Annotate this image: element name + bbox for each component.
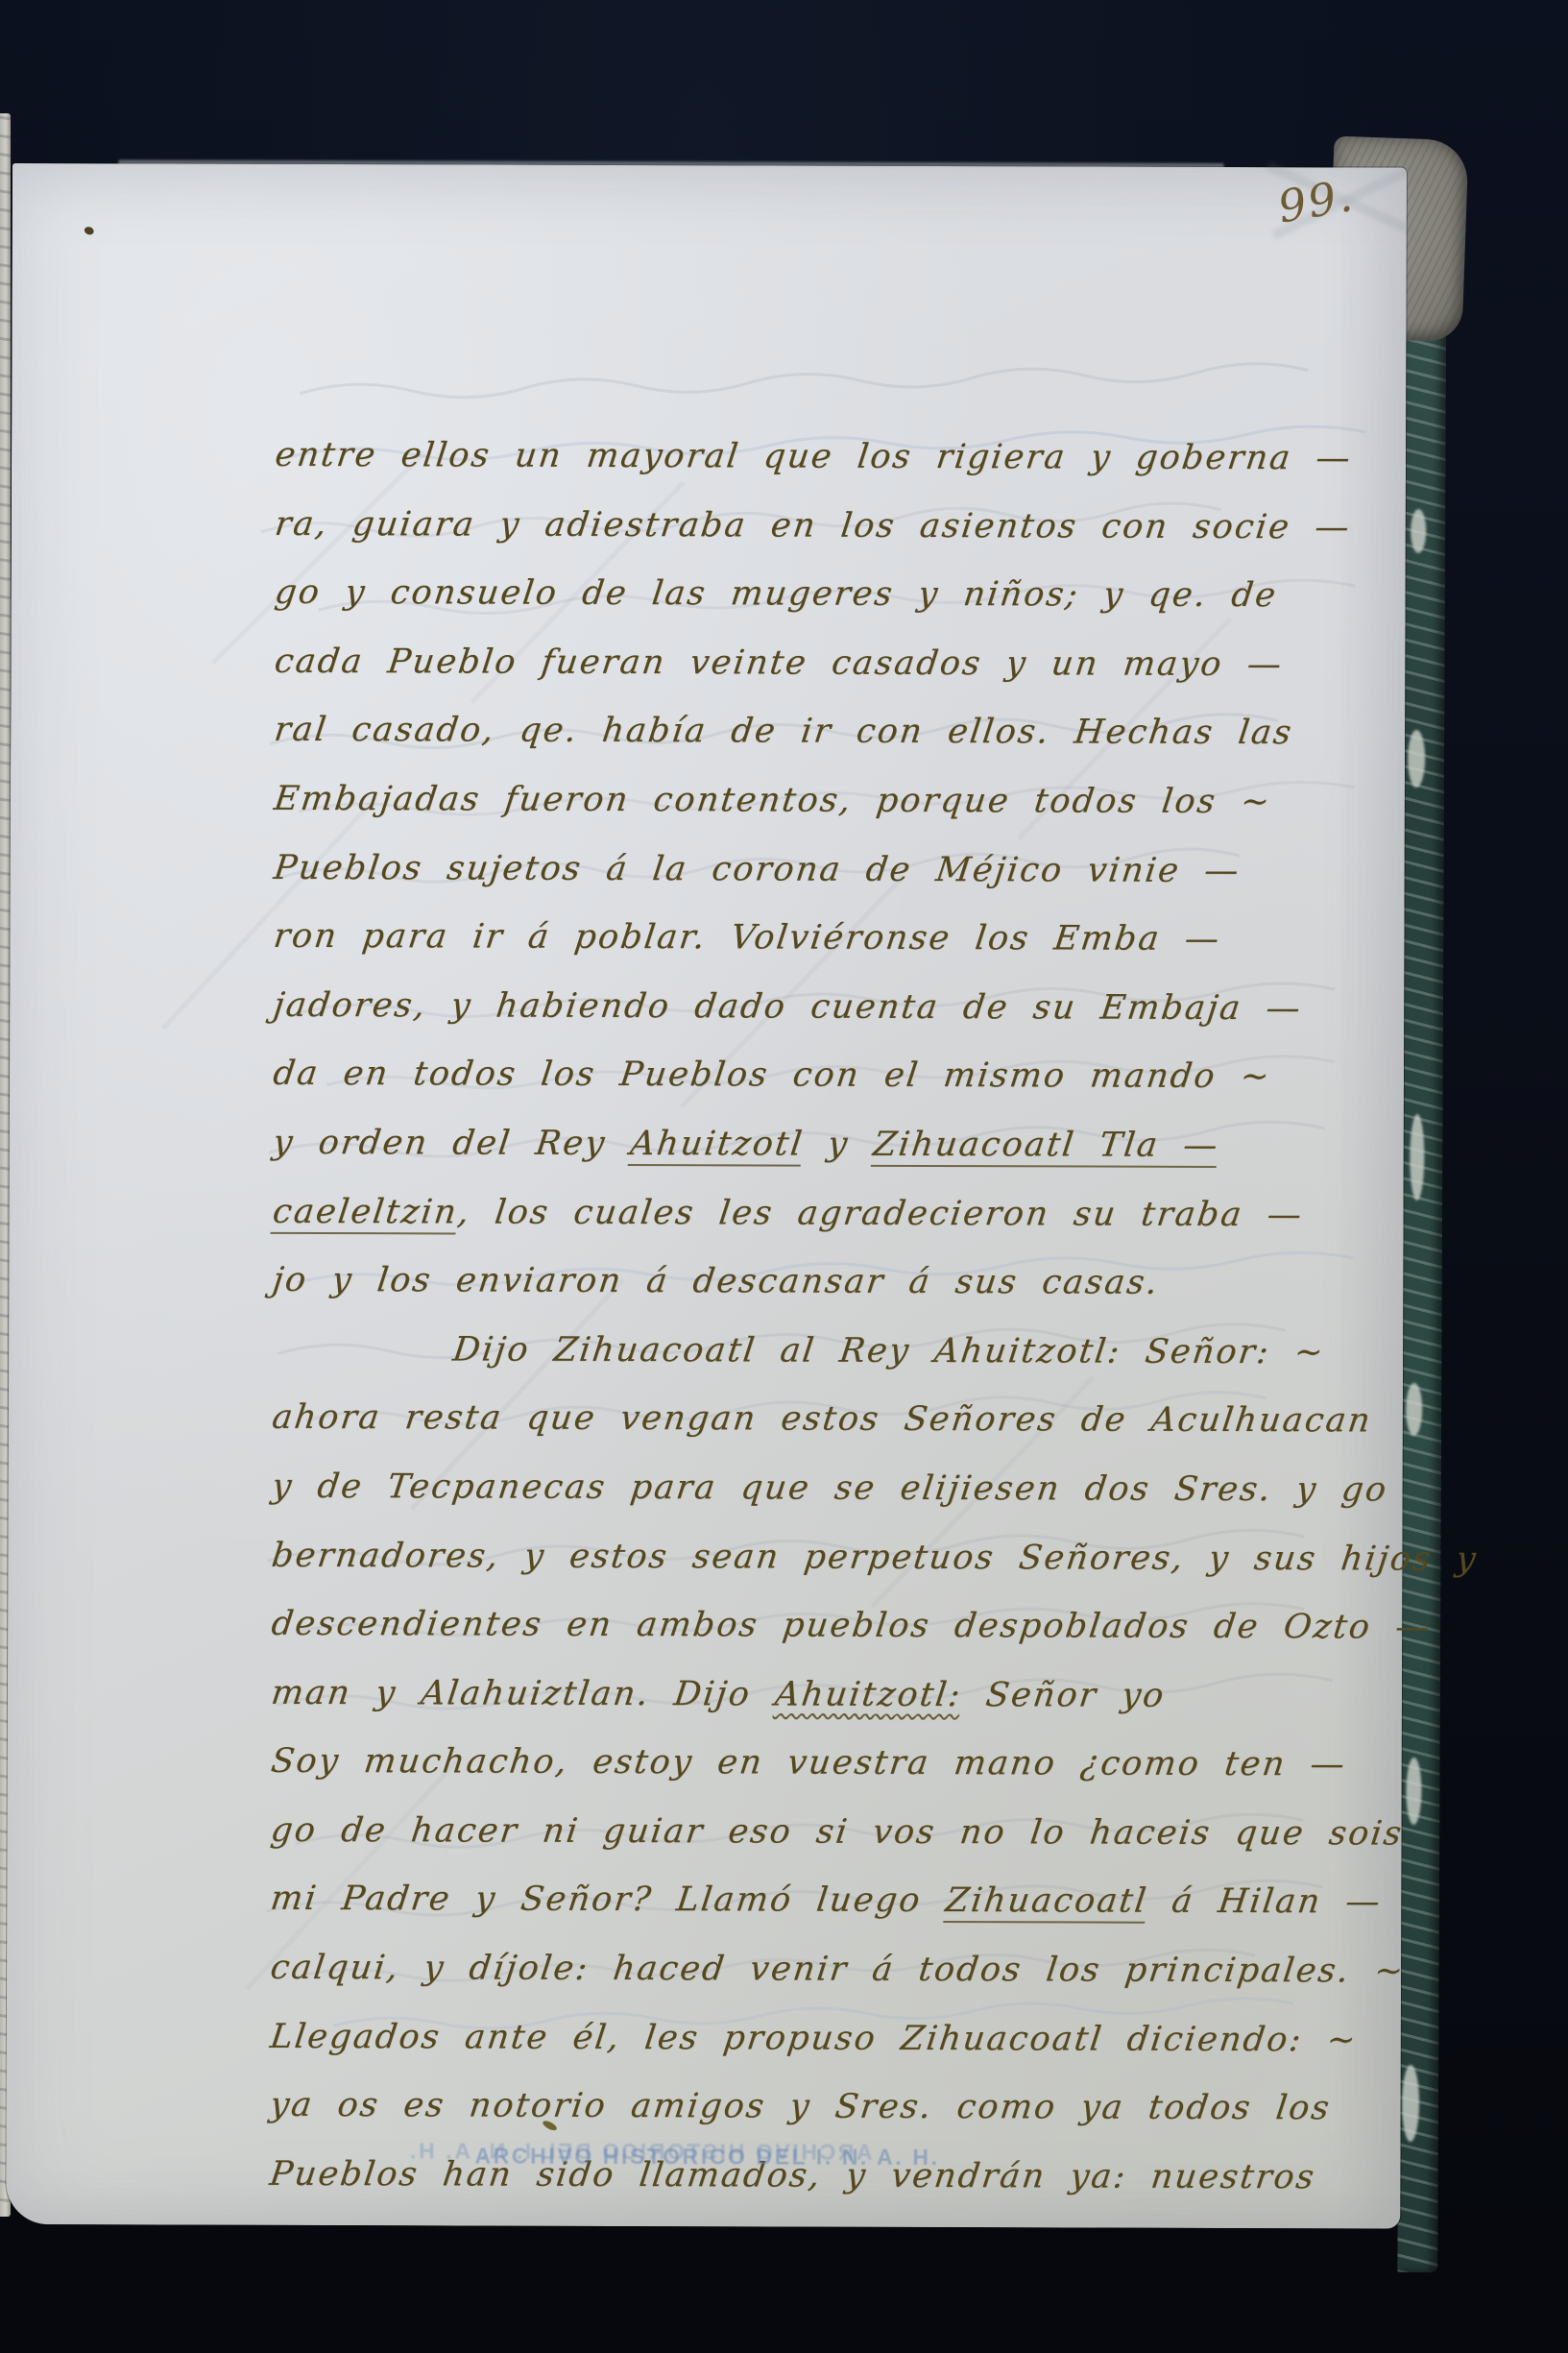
underlined-name: Ahuitzotl: <box>773 1675 964 1714</box>
manuscript-line: bernadores, y estos sean perpetuos Señor… <box>268 1521 1414 1593</box>
manuscript-line: caeleltzin, los cuales les agradecieron … <box>269 1177 1415 1249</box>
manuscript-line: calqui, y díjole: haced venir á todos lo… <box>266 1934 1412 2006</box>
manuscript-line: Embajadas fueron contentos, porque todos… <box>270 765 1416 837</box>
line-text: y orden del Rey <box>271 1124 633 1163</box>
manuscript-line: ra, guiara y adiestraba en los asientos … <box>271 490 1417 562</box>
manuscript-line: entre ellos un mayoral que los rigiera y… <box>271 422 1417 494</box>
manuscript-line: Soy muchacho, estoy en vuestra mano ¿com… <box>267 1728 1413 1800</box>
line-text: mi Padre y Señor? Llamó luego <box>269 1880 949 1920</box>
line-text: man y Alahuiztlan. Dijo <box>269 1674 778 1714</box>
underlined-name: Zihuacoatl <box>943 1882 1150 1925</box>
manuscript-line: Llegados ante él, les propuso Zihuacoatl… <box>266 2003 1412 2075</box>
manuscript-line: ral casado, qe. había de ir con ellos. H… <box>270 696 1416 768</box>
line-text: Señor yo <box>959 1676 1168 1715</box>
manuscript-line: da en todos los Pueblos con el mismo man… <box>269 1040 1415 1112</box>
manuscript-line: ya os es notorio amigos y Sres. como ya … <box>266 2072 1412 2144</box>
manuscript-line: y orden del Rey Ahuitzotl y Zihuacoatl T… <box>269 1109 1415 1181</box>
underlined-name: Zihuacoatl Tla — <box>871 1126 1222 1168</box>
underlined-name: caeleltzin <box>270 1192 460 1234</box>
line-text: , los cuales les agradecieron su traba — <box>455 1193 1305 1234</box>
manuscript-line: Dijo Zihuacoatl al Rey Ahuitzotl: Señor:… <box>268 1316 1414 1388</box>
manuscript-line: Pueblos sujetos á la corona de Méjico vi… <box>270 834 1416 906</box>
manuscript-page: 99. entre ellos un mayoral que los rigie… <box>6 163 1407 2229</box>
manuscript-line: go de hacer ni guiar eso si vos no lo ha… <box>267 1797 1413 1869</box>
line-text: á Hilan — <box>1146 1882 1385 1922</box>
manuscript-line: jo y los enviaron á descansar á sus casa… <box>268 1247 1414 1319</box>
archive-stamp-text: ARCHIVO HISTORICO DEL I. N. A. H. <box>474 2144 939 2171</box>
manuscript-line: jadores, y habiendo dado cuenta de su Em… <box>269 972 1415 1044</box>
manuscript-line: mi Padre y Señor? Llamó luego Zihuacoatl… <box>266 1865 1412 1937</box>
line-text: y <box>801 1126 876 1164</box>
underlined-name: Ahuitzotl <box>628 1125 807 1167</box>
manuscript-text-block: entre ellos un mayoral que los rigiera y… <box>267 422 1411 2213</box>
manuscript-line: cada Pueblo fueran veinte casados y un m… <box>270 628 1416 700</box>
manuscript-line: ahora resta que vengan estos Señores de … <box>268 1384 1414 1456</box>
manuscript-line: go y consuelo de las mugeres y niños; y … <box>271 559 1417 631</box>
archive-stamp: ARCHIVO HISTORICO DEL I. N. A. H. ARCHIV… <box>436 2135 935 2181</box>
manuscript-line: ron para ir á poblar. Volviéronse los Em… <box>270 903 1416 975</box>
manuscript-line: y de Tecpanecas para que se elijiesen do… <box>268 1453 1414 1525</box>
manuscript-line: man y Alahuiztlan. Dijo Ahuitzotl: Señor… <box>267 1660 1413 1732</box>
manuscript-line: descendientes en ambos pueblos despoblad… <box>267 1590 1413 1662</box>
ghost-squiggle <box>300 362 1308 400</box>
